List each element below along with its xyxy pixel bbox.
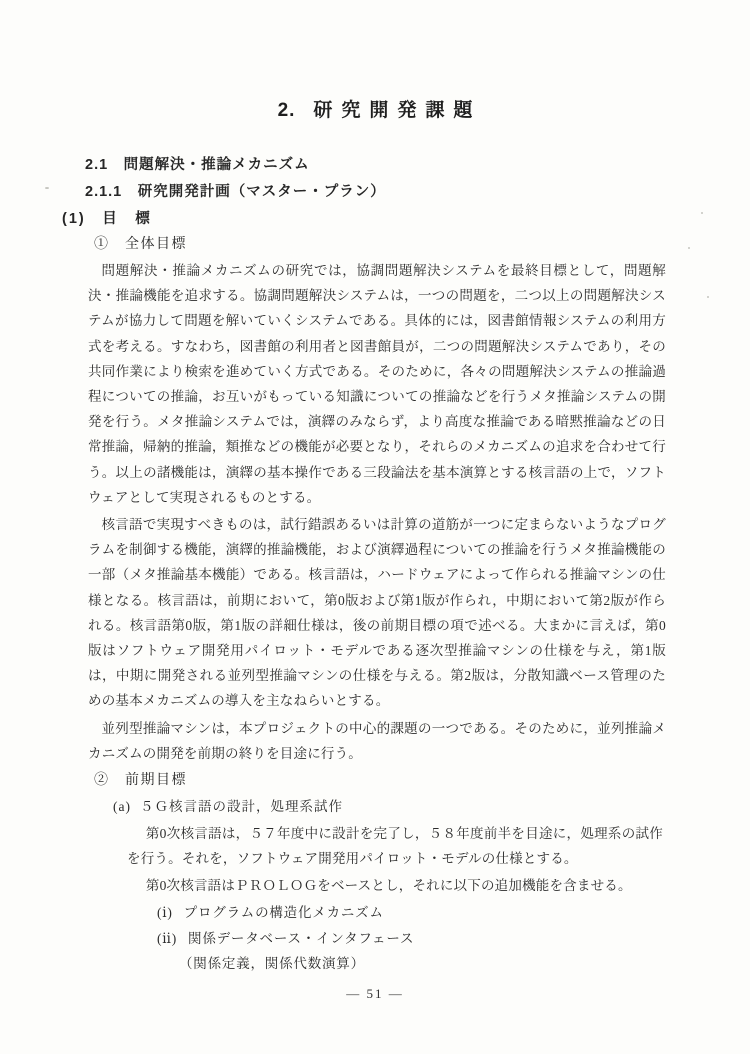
page-number: — 51 — [0, 986, 750, 1002]
list-note: （関係定義，関係代数演算） [179, 951, 750, 976]
list-item-ii: (ⅱ)関係データベース・インタフェース [157, 926, 750, 951]
heading-2-1: 2.1 問題解決・推論メカニズム [85, 154, 750, 176]
heading-early-goal: ② 前期目標 [94, 769, 750, 792]
paragraph-overall-3: 並列型推論マシンは，本プロジェクトの中心的課題の一つである。そのために，並列推論… [88, 716, 666, 766]
heading-item-1-goal: (1) 目 標 [62, 208, 750, 230]
scan-speckle [45, 187, 49, 189]
paragraph-overall-1: 問題解決・推論メカニズムの研究では，協調問題解決システムを最終目標として，問題解… [88, 258, 666, 510]
page-title-number: 2. [278, 100, 296, 121]
paragraph-a-2: 第0次核言語はＰＲＯＬＯＧをベースとし，それに以下の追加機能を含ませる。 [127, 873, 663, 898]
item-a-title: ５Ｇ核言語の設計，処理系試作 [140, 799, 343, 814]
page-title: 2.研究開発課題 [0, 98, 750, 124]
page-title-text: 研究開発課題 [313, 100, 481, 121]
paragraph-a-1: 第0次核言語は，５７年度中に設計を完了し，５８年度前半を目途に，処理系の試作を行… [127, 821, 663, 871]
document-page: 2.研究開発課題 2.1 問題解決・推論メカニズム 2.1.1 研究開発計画（マ… [0, 0, 750, 1054]
list-marker-i: (ⅰ) [157, 905, 173, 920]
scan-speckle [688, 247, 690, 249]
scan-speckle [707, 296, 709, 298]
item-a-marker: (a) [113, 799, 131, 814]
list-text-ii: 関係データベース・インタフェース [188, 931, 414, 946]
heading-overall-goal: ① 全体目標 [94, 233, 750, 256]
heading-2-1-1: 2.1.1 研究開発計画（マスター・プラン） [85, 181, 750, 203]
list-text-i: プログラムの構造化メカニズム [184, 905, 384, 920]
scan-speckle [701, 212, 703, 214]
paragraph-overall-2: 核言語で実現すべきものは，試行錯誤あるいは計算の道筋が一つに定まらないようなプロ… [88, 512, 666, 714]
list-marker-ii: (ⅱ) [157, 931, 177, 946]
list-item-i: (ⅰ)プログラムの構造化メカニズム [157, 900, 750, 925]
item-a-heading: (a)５Ｇ核言語の設計，処理系試作 [113, 795, 750, 819]
